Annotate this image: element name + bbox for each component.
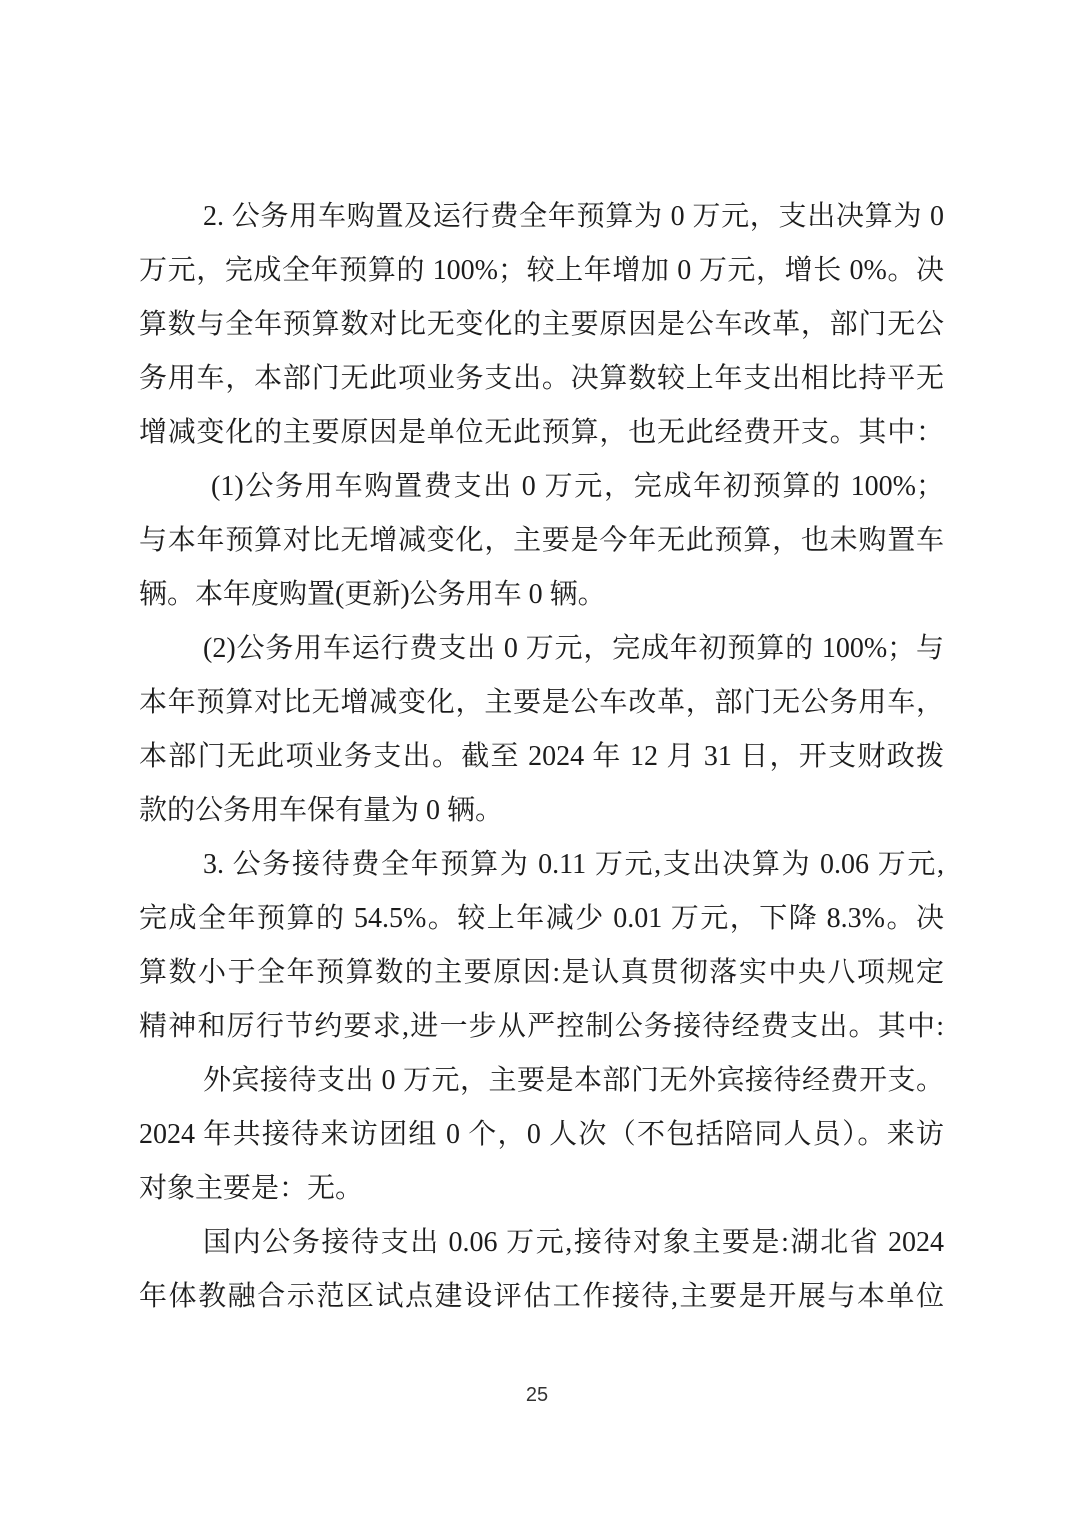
text-line: 万元，完成全年预算的 100%；较上年增加 0 万元，增长 0%。决	[139, 244, 944, 298]
text-line: (1)公务用车购置费支出 0 万元，完成年初预算的 100%；	[139, 460, 944, 514]
text-line: 国内公务接待支出 0.06 万元,接待对象主要是:湖北省 2024	[139, 1216, 944, 1270]
text-line: 算数小于全年预算数的主要原因:是认真贯彻落实中央八项规定	[139, 946, 944, 1000]
text-line: 与本年预算对比无增减变化，主要是今年无此预算，也未购置车	[139, 514, 944, 568]
paragraph-vehicle-operation-item: (2)公务用车运行费支出 0 万元，完成年初预算的 100%；与本年预算对比无增…	[139, 622, 944, 838]
paragraph-domestic-reception: 国内公务接待支出 0.06 万元,接待对象主要是:湖北省 2024年体教融合示范…	[139, 1216, 944, 1324]
text-line: 3. 公务接待费全年预算为 0.11 万元,支出决算为 0.06 万元,	[139, 838, 944, 892]
text-line: 精神和厉行节约要求,进一步从严控制公务接待经费支出。其中:	[139, 1000, 944, 1054]
text-line: 完成全年预算的 54.5%。较上年减少 0.01 万元，下降 8.3%。决	[139, 892, 944, 946]
text-line: 对象主要是：无。	[139, 1162, 944, 1216]
text-line: 年体教融合示范区试点建设评估工作接待,主要是开展与本单位	[139, 1270, 944, 1324]
paragraph-vehicle-purchase-item: (1)公务用车购置费支出 0 万元，完成年初预算的 100%；与本年预算对比无增…	[139, 460, 944, 622]
paragraph-vehicle-purchase-and-operation-total: 2. 公务用车购置及运行费全年预算为 0 万元，支出决算为 0万元，完成全年预算…	[139, 190, 944, 460]
body-text: 2. 公务用车购置及运行费全年预算为 0 万元，支出决算为 0万元，完成全年预算…	[139, 190, 944, 1324]
text-line: (2)公务用车运行费支出 0 万元，完成年初预算的 100%；与	[139, 622, 944, 676]
text-line: 2. 公务用车购置及运行费全年预算为 0 万元，支出决算为 0	[139, 190, 944, 244]
text-line: 增减变化的主要原因是单位无此预算，也无此经费开支。其中：	[139, 406, 944, 460]
text-line: 款的公务用车保有量为 0 辆。	[139, 784, 944, 838]
document-page: 2. 公务用车购置及运行费全年预算为 0 万元，支出决算为 0万元，完成全年预算…	[0, 0, 1074, 1520]
text-line: 外宾接待支出 0 万元，主要是本部门无外宾接待经费开支。	[139, 1054, 944, 1108]
text-line: 务用车，本部门无此项业务支出。决算数较上年支出相比持平无	[139, 352, 944, 406]
paragraph-foreign-guest-reception: 外宾接待支出 0 万元，主要是本部门无外宾接待经费开支。2024 年共接待来访团…	[139, 1054, 944, 1216]
text-line: 算数与全年预算数对比无变化的主要原因是公车改革，部门无公	[139, 298, 944, 352]
text-line: 本年预算对比无增减变化，主要是公车改革，部门无公务用车，	[139, 676, 944, 730]
text-line: 2024 年共接待来访团组 0 个，0 人次（不包括陪同人员）。来访	[139, 1108, 944, 1162]
text-line: 本部门无此项业务支出。截至 2024 年 12 月 31 日，开支财政拨	[139, 730, 944, 784]
page-number: 25	[0, 1384, 1074, 1407]
paragraph-official-reception-total: 3. 公务接待费全年预算为 0.11 万元,支出决算为 0.06 万元,完成全年…	[139, 838, 944, 1054]
text-line: 辆。本年度购置(更新)公务用车 0 辆。	[139, 568, 944, 622]
